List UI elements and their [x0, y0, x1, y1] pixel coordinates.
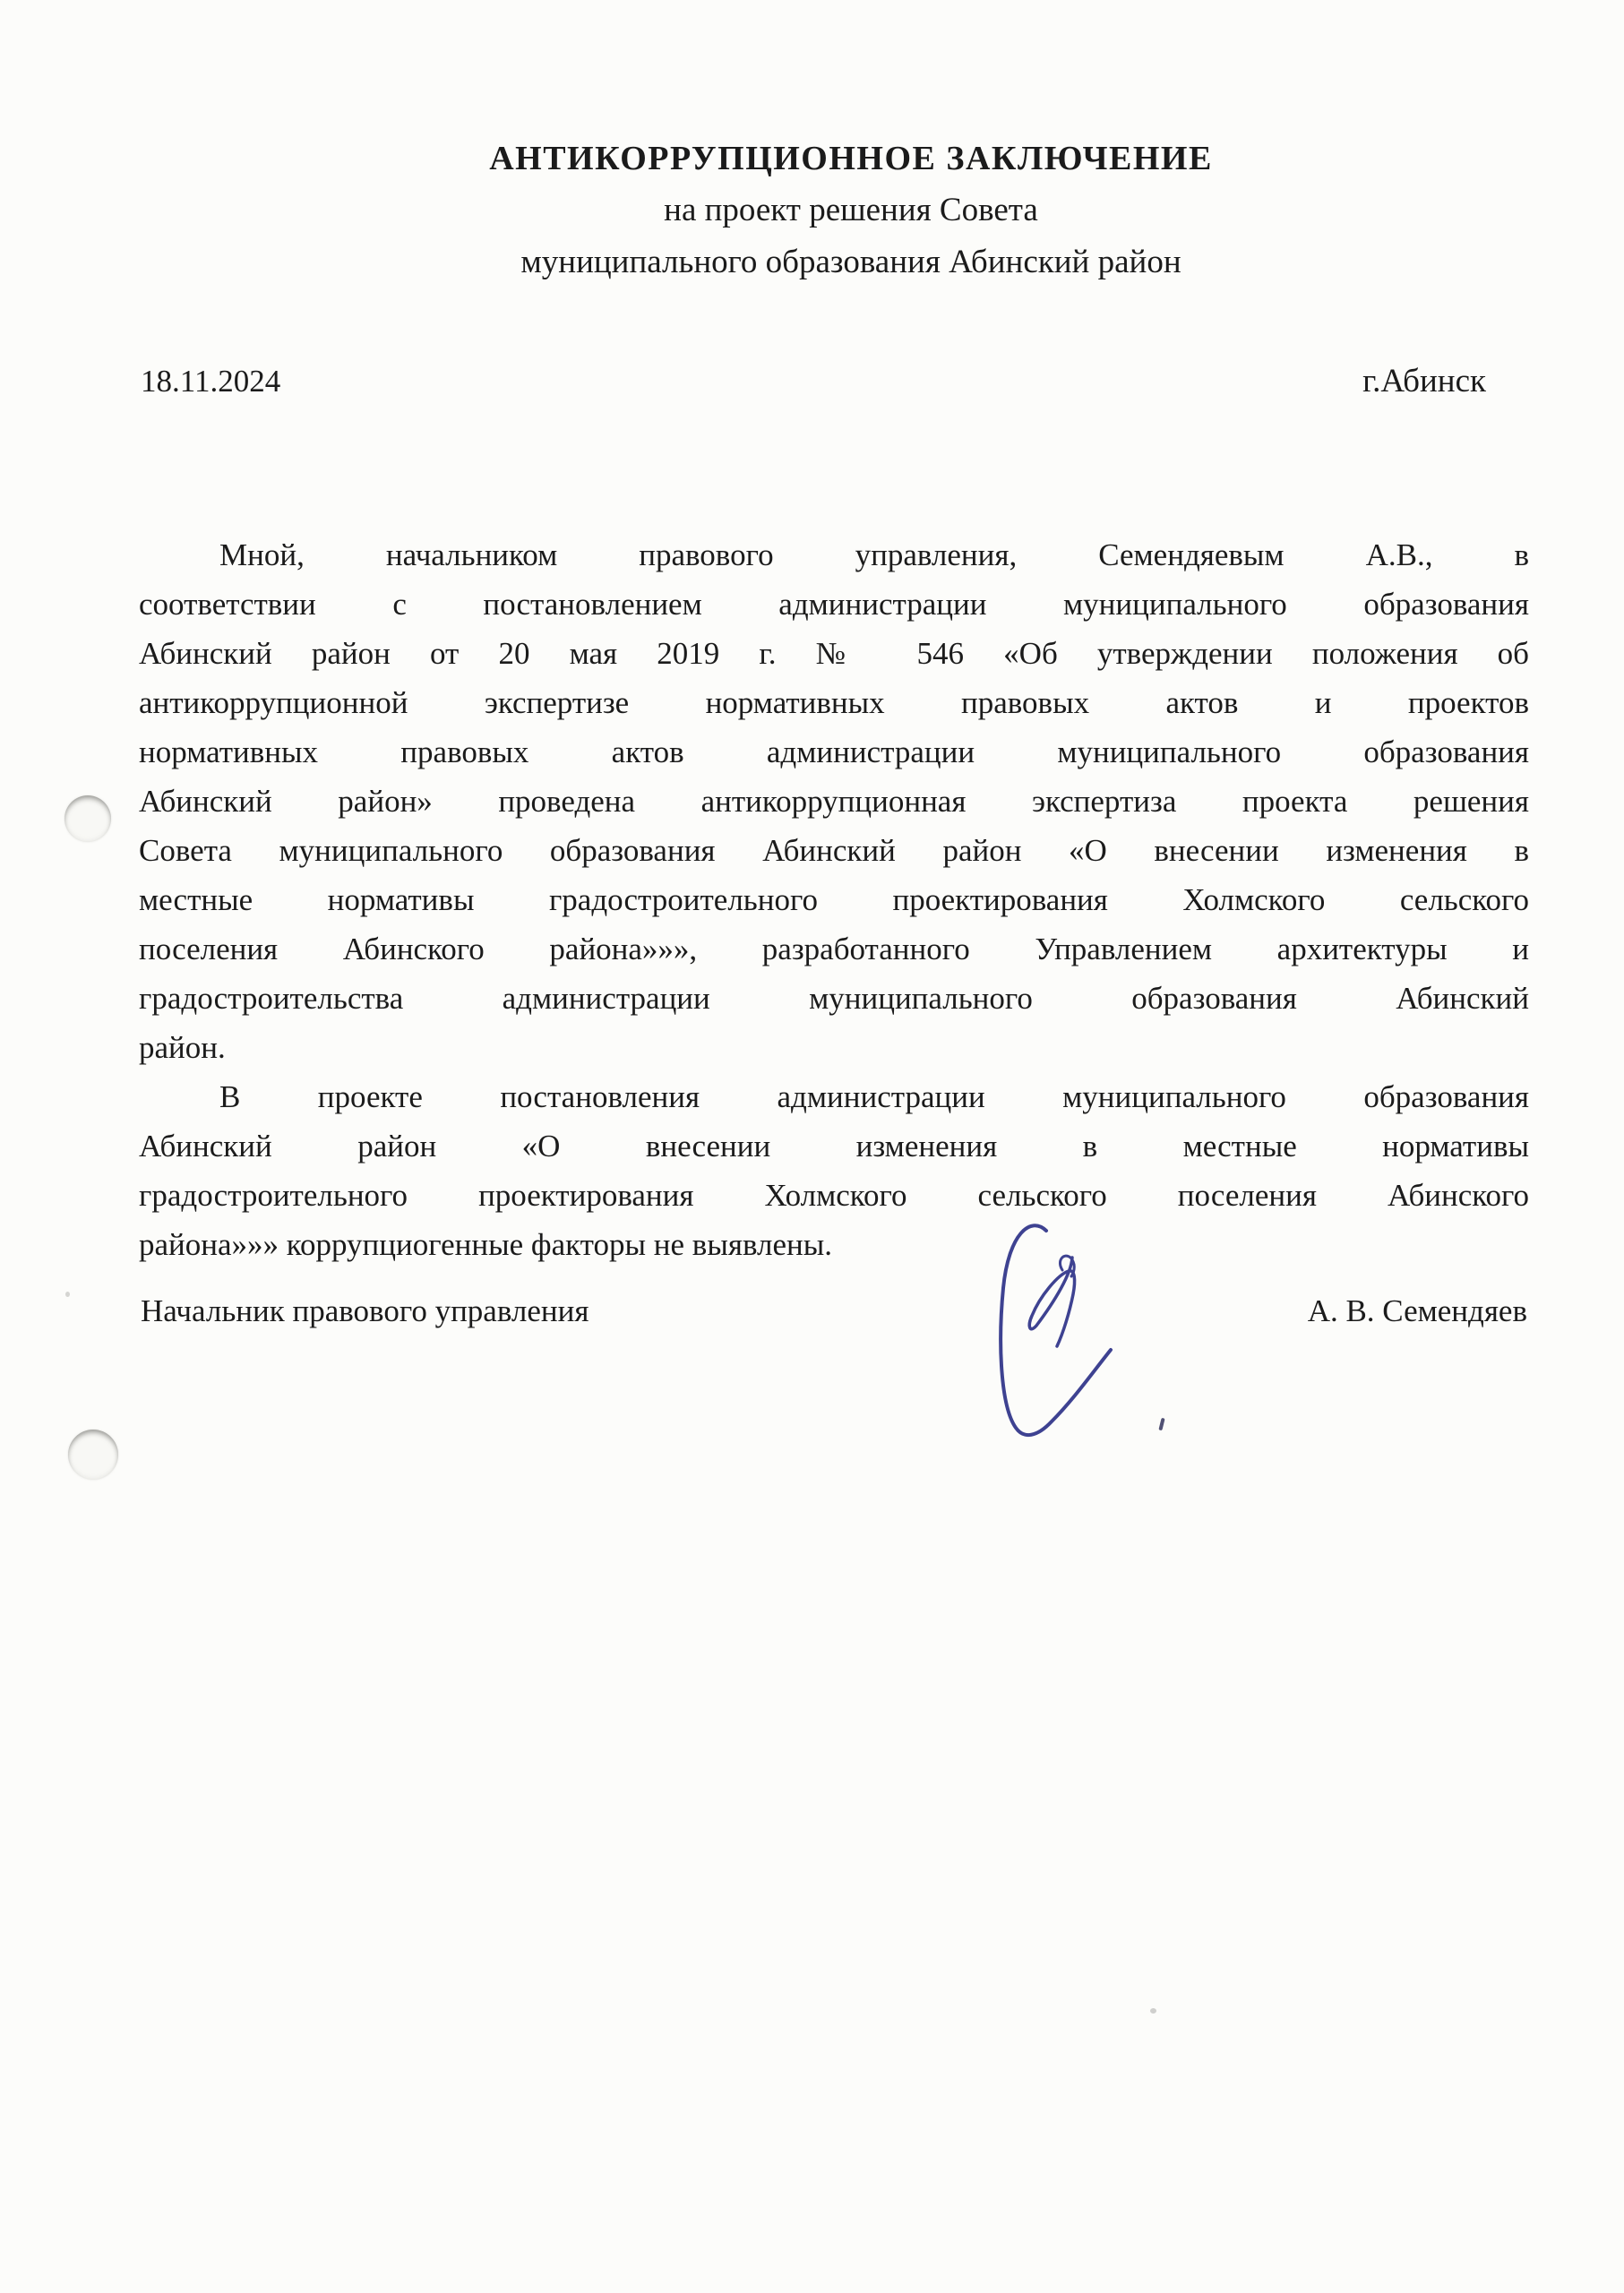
- text-line: район.: [139, 1023, 1529, 1072]
- text-line: Совета муниципального образования Абинск…: [139, 826, 1529, 875]
- text-line: Мной, начальником правового управления, …: [139, 530, 1529, 580]
- document-place: г.Абинск: [1362, 362, 1486, 400]
- text-line: соответствии с постановлением администра…: [139, 580, 1529, 629]
- text-line: градостроительства администрации муницип…: [139, 974, 1529, 1023]
- title-line-1: АНТИКОРРУПЦИОННОЕ ЗАКЛЮЧЕНИЕ: [175, 133, 1527, 185]
- scan-speck: [1150, 2008, 1156, 2014]
- text-line: Абинский район» проведена антикоррупцион…: [139, 777, 1529, 826]
- scan-speck: [65, 1292, 70, 1297]
- document-date: 18.11.2024: [141, 356, 280, 399]
- document-title-block: АНТИКОРРУПЦИОННОЕ ЗАКЛЮЧЕНИЕ на проект р…: [139, 133, 1527, 288]
- text-line: антикоррупционной экспертизе нормативных…: [139, 678, 1529, 727]
- hole-punch-top: [64, 795, 111, 842]
- signatory-name: А. В. Семендяев: [1308, 1293, 1527, 1329]
- text-line: градостроительного проектирования Холмск…: [139, 1171, 1529, 1220]
- text-line: нормативных правовых актов администрации…: [139, 727, 1529, 777]
- title-line-3: муниципального образования Абинский райо…: [175, 236, 1527, 288]
- signature-row: Начальник правового управления А. В. Сем…: [141, 1293, 1527, 1329]
- text-line: поселения Абинского района»»», разработа…: [139, 924, 1529, 974]
- dateline: 18.11.2024 г.Абинск: [141, 356, 1527, 400]
- hole-punch-bottom: [68, 1430, 118, 1480]
- ink-speck: [1158, 1418, 1164, 1431]
- document-page: АНТИКОРРУПЦИОННОЕ ЗАКЛЮЧЕНИЕ на проект р…: [0, 0, 1624, 2293]
- text-line: района»»» коррупциогенные факторы не выя…: [139, 1220, 1529, 1269]
- signatory-role: Начальник правового управления: [141, 1293, 589, 1329]
- paragraph-1: Мной, начальником правового управления, …: [139, 530, 1529, 1072]
- title-line-2: на проект решения Совета: [175, 185, 1527, 236]
- handwritten-signature-icon: [967, 1191, 1147, 1460]
- text-line: Абинский район от 20 мая 2019 г. № 546 «…: [139, 629, 1529, 678]
- text-line: В проекте постановления администрации му…: [139, 1072, 1529, 1121]
- paragraph-2: В проекте постановления администрации му…: [139, 1072, 1529, 1269]
- text-line: местные нормативы градостроительного про…: [139, 875, 1529, 924]
- text-line: Абинский район «О внесении изменения в м…: [139, 1121, 1529, 1171]
